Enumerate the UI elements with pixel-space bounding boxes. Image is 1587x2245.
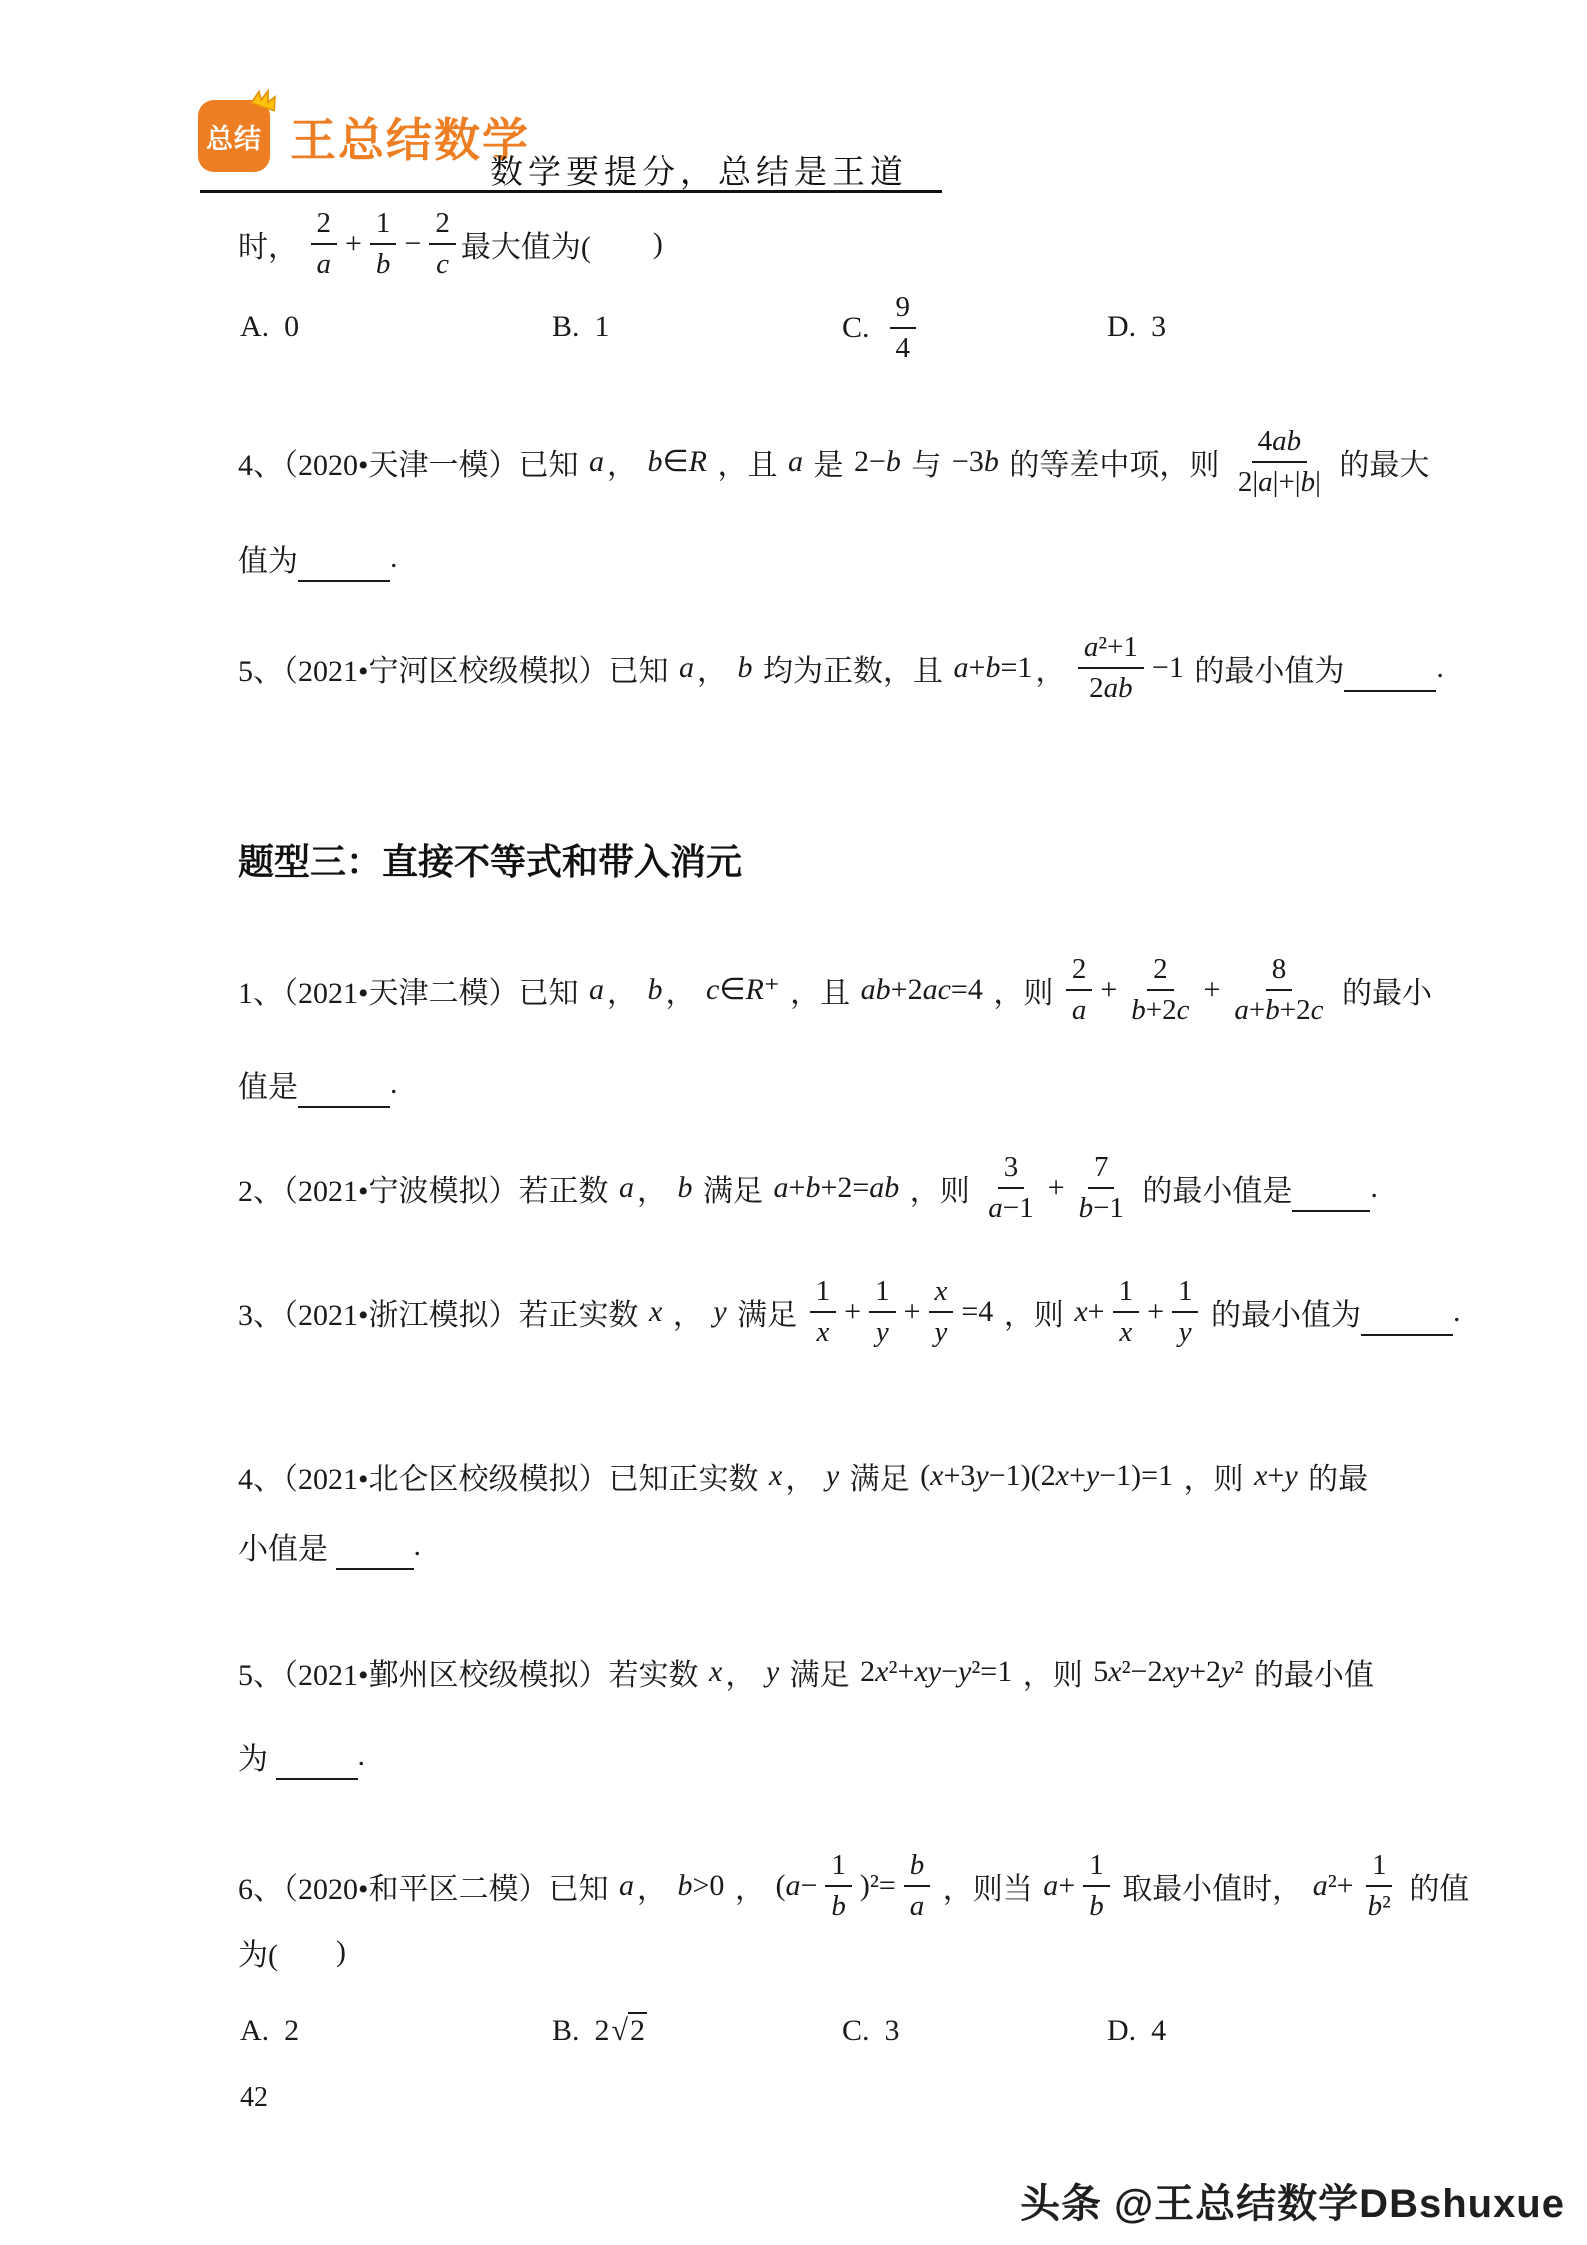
option-d: D. 3 <box>1107 310 1166 344</box>
watermark: 头条 @王总结数学DBshuxue <box>1020 2172 1565 2229</box>
s3-problem-5-line-1: 5、（2021•鄞州区校级模拟）若实数 x， y 满足 2x²+xy−y²=1 … <box>238 1650 1374 1694</box>
s3-problem-4-line-1: 4、（2021•北仑区校级模拟）已知正实数 x， y 满足 (x+3y−1)(2… <box>238 1454 1368 1498</box>
s3-problem-1-line-2: 值是. <box>238 1060 398 1108</box>
s3-problem-6-line-2: 为() <box>238 1930 346 1974</box>
option-b: B. 1 <box>552 310 610 344</box>
page-number: 42 <box>240 2082 268 2114</box>
worksheet-page: 总结 王总结数学 数学要提分，总结是王道 时， 2a+1b−2c最大值为() A… <box>0 0 1587 2245</box>
s3-problem-3: 3、（2021•浙江模拟）若正实数 x ， y 满足 1x+1y+xy=4 ，则… <box>238 1274 1460 1350</box>
problem-4-line-2: 值为. <box>238 534 398 582</box>
s3-problem-2: 2、（2021•宁波模拟）若正数 a， b 满足 a+b+2=ab ，则 3a−… <box>238 1150 1378 1226</box>
problem-continuation-line: 时， 2a+1b−2c最大值为() <box>238 206 663 282</box>
q6-option-a: A. 2 <box>240 2014 299 2048</box>
section-heading: 题型三：直接不等式和带入消元 <box>238 834 742 885</box>
crown-icon <box>247 84 283 116</box>
header-divider <box>200 190 942 193</box>
brand-badge: 总结 <box>198 100 270 172</box>
s3-problem-6-line-1: 6、（2020•和平区二模）已知 a， b>0 ， (a−1b)²=ba ，则当… <box>238 1848 1469 1924</box>
q6-option-c: C. 3 <box>842 2014 900 2048</box>
problem-4-line-1: 4、（2020•天津一模）已知 a， b∈R ，且 a 是 2−b 与 −3b … <box>238 424 1429 500</box>
s3-problem-4-line-2: 小值是 . <box>238 1522 421 1570</box>
option-c: C. 94 <box>842 290 921 366</box>
q6-option-d: D. 4 <box>1107 2014 1166 2048</box>
header-slogan: 数学要提分，总结是王道 <box>490 146 908 193</box>
problem-5: 5、（2021•宁河区校级模拟）已知 a， b 均为正数，且 a+b=1， a²… <box>238 630 1444 706</box>
q6-option-b: B. 2√2 <box>552 2014 647 2048</box>
brand-badge-text: 总结 <box>206 117 262 156</box>
option-a: A. 0 <box>240 310 299 344</box>
s3-problem-1-line-1: 1、（2021•天津二模）已知 a， b， c∈R⁺ ，且 ab+2ac=4 ，… <box>238 952 1432 1028</box>
s3-problem-5-line-2: 为 . <box>238 1732 365 1780</box>
